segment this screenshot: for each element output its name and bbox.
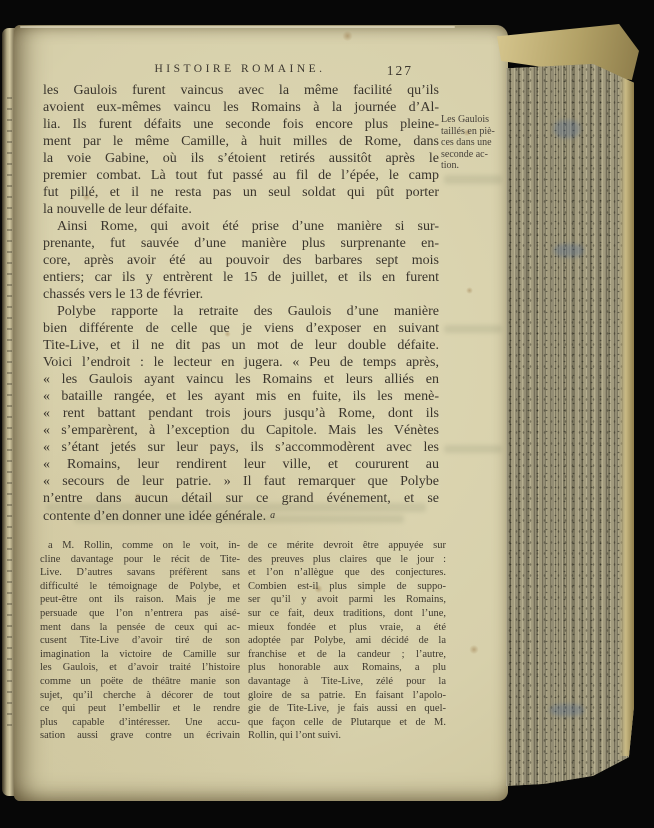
paragraph-line: « s’étant jetés sur leur pays, ils s’acc…: [43, 439, 439, 456]
footnote-line: ment dans la pensée de ceux qui ac-: [40, 621, 240, 635]
paragraph-line: la voie Gabine, où ils s’étoient retirés…: [43, 150, 439, 167]
paragraph-line: Voici l’endroit : le lecteur en jugera. …: [43, 354, 439, 371]
paragraph-line: « les Gaulois ayant vaincu les Romains e…: [43, 371, 439, 388]
bleedthrough-mark: [444, 445, 502, 453]
footnote-line: ce qui peut l’embellir et le rendre: [40, 702, 240, 716]
footnote-line: sation aussi grave contre un écrivain: [40, 729, 240, 743]
footnote-line: sur ce fait, deux traditions, dont l’une…: [248, 607, 446, 621]
footnote-line: et l’on n’allègue que des conjectures.: [248, 566, 446, 580]
margin-note-line: Les Gaulois: [441, 114, 515, 126]
paragraph-line: Ainsi Rome, qui avoit été prise d’une ma…: [43, 218, 439, 235]
footnote-line: de ce mérite devroit être appuyée sur: [248, 539, 446, 553]
margin-note-line: seconde ac-: [441, 149, 515, 161]
margin-note-line: taillés en piè-: [441, 126, 515, 138]
footnote-reference-mark: a: [270, 510, 275, 521]
footnote-column-right: de ce mérite devroit être appuyée surdes…: [248, 539, 446, 743]
paragraph-line: « bataille rangée, et les ayant mis en f…: [43, 388, 439, 405]
footnote-line: difficulté le témoignage de Polybe, et: [40, 580, 240, 594]
footnote-line: cusent Tite-Live d’avoir tiré de son: [40, 634, 240, 648]
margin-note-line: ces dans une: [441, 137, 515, 149]
book-page: HISTOIRE ROMAINE. 127 les Gaulois furent…: [14, 25, 508, 801]
paragraph-line: core, après avoir été au pouvoir des bar…: [43, 252, 439, 269]
footnote-line: davantage à Tite-Live, zélé pour la: [248, 675, 446, 689]
footnote-last-line: Rollin, qui l’ont suivi.: [248, 729, 446, 743]
paragraph-line: « rent battant pendant trois jours jusqu…: [43, 405, 439, 422]
paragraph-line: Polybe rapporte la retraite des Gaulois …: [43, 303, 439, 320]
running-title: HISTOIRE ROMAINE.: [43, 63, 437, 75]
footnote-line: peut-être ont ils raison. Mais je me: [40, 593, 240, 607]
footnote-line: ser qu’il y avoit parmi les Romains,: [248, 593, 446, 607]
footnote-line: imagination la victoire de Camille sur: [40, 648, 240, 662]
paragraph-line: premier combat. Là tout fut passé au fil…: [43, 167, 439, 184]
margin-note-line: tion.: [441, 160, 515, 172]
page-block-fore-edge: [506, 64, 634, 786]
body-paragraph-2: Ainsi Rome, qui avoit été prise d’une ma…: [43, 218, 439, 303]
footnote-line: gloire de sa patrie. En faisant l’apolo-: [248, 689, 446, 703]
page-number: 127: [387, 63, 413, 79]
footnote-line: a M. Rollin, comme on le voit, in-: [40, 539, 240, 553]
paragraph-line: prenante, fut sauvée d’une manière plus …: [43, 235, 439, 252]
body-paragraph-3: Polybe rapporte la retraite des Gaulois …: [43, 303, 439, 525]
fore-edge-smudge: [554, 120, 580, 138]
footnote-column-left: a M. Rollin, comme on le voit, in-cline …: [40, 539, 240, 743]
foxing-spot: [466, 287, 473, 294]
footnote-line: gie de Tite-Live, je fais aussi en quel-: [248, 702, 446, 716]
footnote-line: franchise et de la candeur ; l’autre,: [248, 648, 446, 662]
paragraph-line: « secours de leur patrie. » Il faut rema…: [43, 473, 439, 490]
paragraph-line: les Gaulois furent vaincus avec la même …: [43, 82, 439, 99]
paragraph-line: « s’emparèrent, à l’exception du Capitol…: [43, 422, 439, 439]
foxing-spot: [342, 31, 353, 41]
bleedthrough-mark: [444, 325, 502, 333]
bleedthrough-mark: [444, 175, 502, 184]
paragraph-line: « Romains, leur rendirent leur ville, et…: [43, 456, 439, 473]
footnote-line: que façon celle de Plutarque et de M.: [248, 716, 446, 730]
footnote-line: mieux fondée et plus vraie, a été: [248, 621, 446, 635]
fore-edge-smudge: [550, 704, 584, 716]
footnote-line: cline davantage pour le récit de Tite-: [40, 553, 240, 567]
paragraph-last-line-text: contente d’en donner une idée générale.: [43, 509, 266, 524]
paragraph-line: avoient eux-mêmes vaincu les Romains à l…: [43, 99, 439, 116]
footnote-line: plus capable d’intéresser. Une accu-: [40, 716, 240, 730]
paragraph-line: n’entre dans aucun détail sur ce grand é…: [43, 490, 439, 507]
footnote-line: sujet, qu’il cherche à décorer de tout: [40, 689, 240, 703]
footnote-line: Combien est-il plus simple de suppo-: [248, 580, 446, 594]
foxing-spot: [469, 645, 479, 654]
paragraph-line: fut pillé, et il ne resta pas un seul so…: [43, 184, 439, 201]
fore-edge-smudge: [554, 244, 584, 257]
paragraph-line: entiers; car ils y entrèrent le 15 de ju…: [43, 269, 439, 286]
footnote-line: les Gaulois, et d’avoir traité l’histoir…: [40, 661, 240, 675]
page-header: HISTOIRE ROMAINE. 127: [43, 63, 437, 81]
footnote-line: comme un poëte de théâtre manie son: [40, 675, 240, 689]
paragraph-line: Tite-Live, et il ne dit pas un mot de le…: [43, 337, 439, 354]
paragraph-last-line: contente d’en donner une idée générale.a: [43, 507, 439, 525]
footnote-line: adoptée par Polybe, ami décidé de la: [248, 634, 446, 648]
paragraph-last-line: chassés vers le 13 de février.: [43, 286, 439, 303]
footnote-line: Live. D’autres savans préfèrent sans: [40, 566, 240, 580]
paragraph-line: lia. Ils furent défaits une seconde fois…: [43, 116, 439, 133]
book-photo: HISTOIRE ROMAINE. 127 les Gaulois furent…: [0, 0, 654, 828]
footnote-line: plus honorable aux Romains, a plu: [248, 661, 446, 675]
margin-note: Les Gauloistaillés en piè-ces dans unese…: [441, 114, 515, 172]
footnote-line: persuade que l’on n’entrera pas aisé-: [40, 607, 240, 621]
paragraph-last-line: la nouvelle de leur défaite.: [43, 201, 439, 218]
body-paragraph-1: les Gaulois furent vaincus avec la même …: [43, 82, 439, 218]
paragraph-line: ment par le même Camille, à huit milles …: [43, 133, 439, 150]
paragraph-line: bien différente de celle que je viens d’…: [43, 320, 439, 337]
fore-edge-outer-band: [619, 70, 634, 756]
footnote-line: des preuves plus claires que le jour :: [248, 553, 446, 567]
footnotes: a M. Rollin, comme on le voit, in-cline …: [40, 539, 446, 743]
